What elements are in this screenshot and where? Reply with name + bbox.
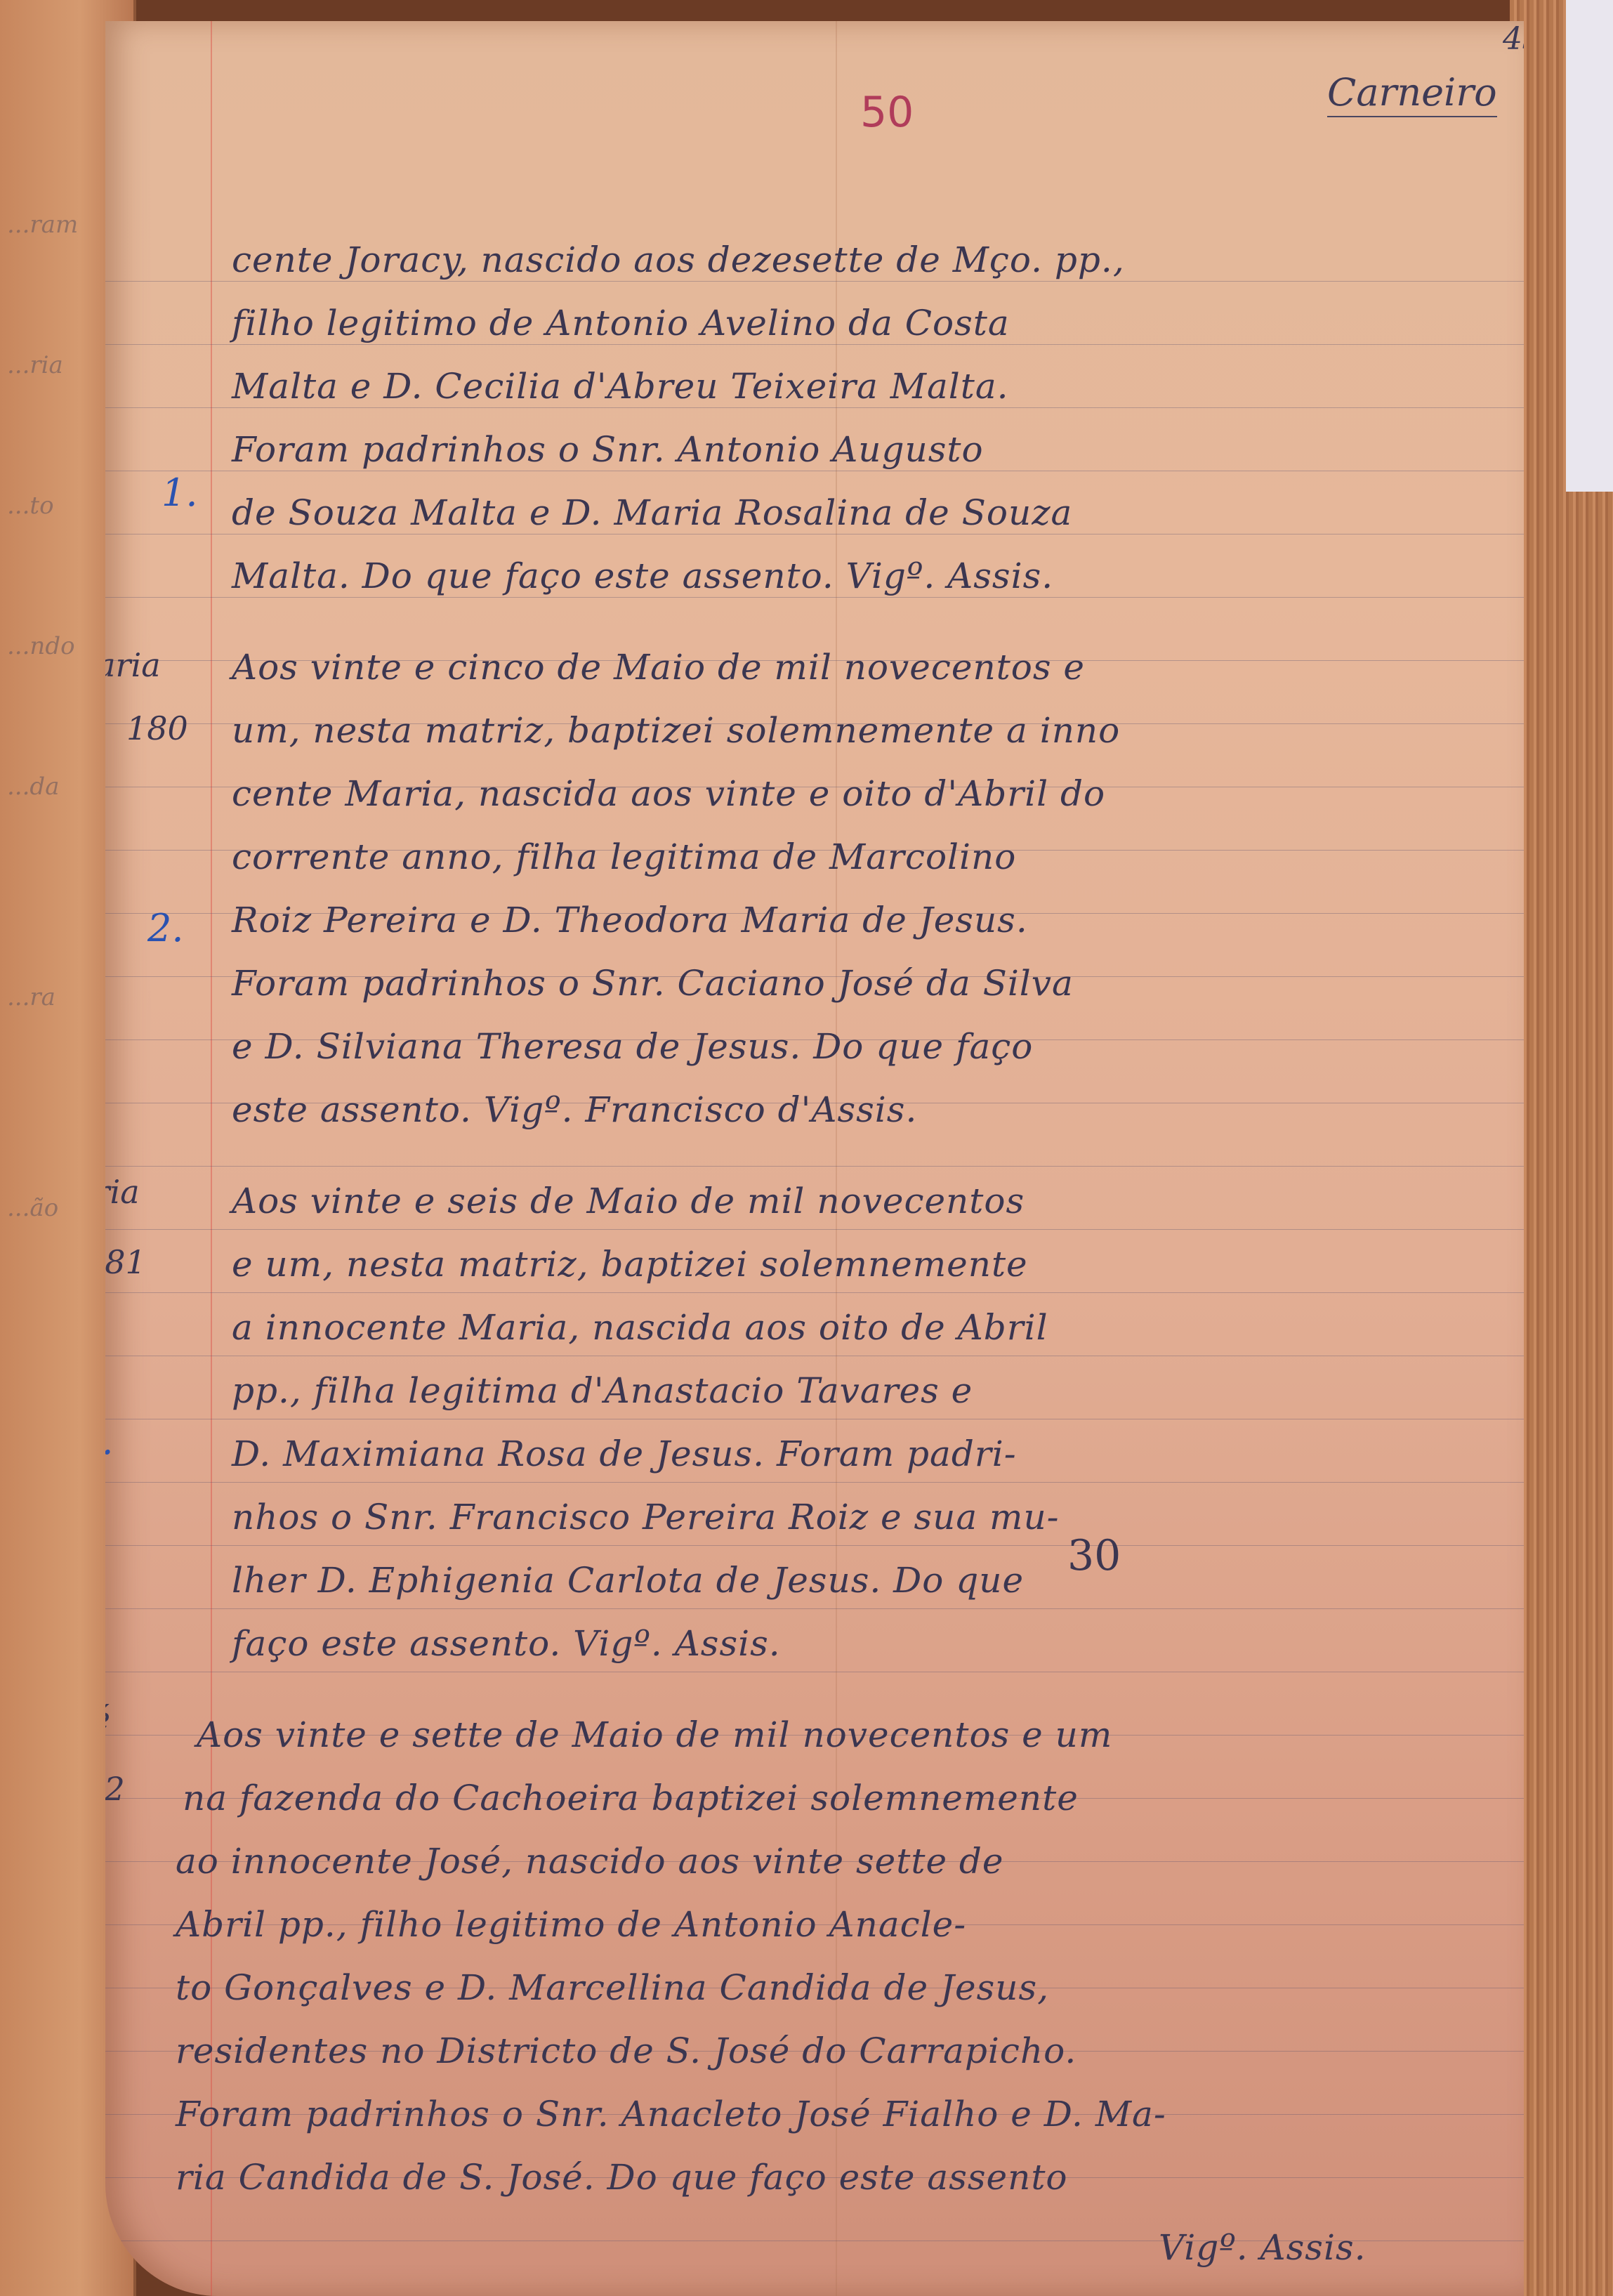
- register-page: 43 Carneiro 50 1. cente Joracy, nascido …: [105, 21, 1524, 2296]
- entry-line: Foram padrinhos o Snr. Antonio Augusto: [232, 414, 1496, 485]
- entry-line: lher D. Ephigenia Carlota de Jesus. Do q…: [232, 1545, 1496, 1615]
- entry-line: Foram padrinhos o Snr. Caciano José da S…: [232, 948, 1496, 1018]
- entry-line: cente Maria, nascida aos vinte e oito d'…: [232, 759, 1496, 829]
- folio-number: 43: [1503, 21, 1524, 57]
- margin-mark: 2.: [105, 1419, 114, 1463]
- red-page-number: 50: [860, 88, 914, 137]
- entry-line: Aos vinte e seis de Maio de mil novecent…: [232, 1166, 1496, 1236]
- entry-line: de Souza Malta e D. Maria Rosalina de So…: [232, 478, 1496, 548]
- left-page-fragment: ...ria: [7, 351, 63, 379]
- entry-line: na fazenda do Cachoeira baptizei solemne…: [183, 1763, 1496, 1833]
- stray-pencil-number: 30: [1067, 1531, 1121, 1580]
- left-page-fragment: ...ndo: [7, 632, 75, 660]
- entry-line: ria Candida de S. José. Do que faço este…: [176, 2142, 1496, 2212]
- page-header-word: Carneiro: [1327, 70, 1497, 117]
- margin-mark: 2.: [147, 906, 184, 950]
- entry-signature: Vigº. Assis.: [1159, 2212, 1496, 2283]
- margin-number: 182: [105, 1770, 125, 1808]
- entry-line: to Gonçalves e D. Marcellina Candida de …: [176, 1953, 1496, 2023]
- entry-line: Aos vinte e sette de Maio de mil novecen…: [197, 1700, 1496, 1770]
- entry-line: e um, nesta matriz, baptizei solemnement…: [232, 1229, 1496, 1299]
- entry-line: ao innocente José, nascido aos vinte set…: [176, 1826, 1496, 1896]
- entry-line: cente Joracy, nascido aos dezesette de M…: [232, 225, 1496, 295]
- entry-line: Roiz Pereira e D. Theodora Maria de Jesu…: [232, 885, 1496, 955]
- entry-line: Aos vinte e cinco de Maio de mil novecen…: [232, 632, 1496, 702]
- entry-line: um, nesta matriz, baptizei solemnemente …: [232, 695, 1496, 766]
- left-page-fragment: ...to: [7, 492, 54, 520]
- entry-line: residentes no Districto de S. José do Ca…: [176, 2016, 1496, 2086]
- entry-line: este assento. Vigº. Francisco d'Assis.: [232, 1075, 1496, 1145]
- entry-line: nhos o Snr. Francisco Pereira Roiz e sua…: [232, 1482, 1496, 1552]
- margin-name: Maria: [105, 1173, 140, 1211]
- margin-number: 181: [105, 1243, 146, 1281]
- margin-mark: 1.: [162, 471, 198, 515]
- margin-name: José: [105, 1700, 110, 1738]
- entry-line: filho legitimo de Antonio Avelino da Cos…: [232, 288, 1496, 358]
- entry-line: Malta. Do que faço este assento. Vigº. A…: [232, 541, 1496, 611]
- entry-line: Malta e D. Cecilia d'Abreu Teixeira Malt…: [232, 351, 1496, 421]
- margin-number: 180: [126, 709, 188, 747]
- entry-line: a innocente Maria, nascida aos oito de A…: [232, 1292, 1496, 1363]
- entry-line: Abril pp., filho legitimo de Antonio Ana…: [176, 1889, 1496, 1960]
- entry-line: pp., filha legitima d'Anastacio Tavares …: [232, 1356, 1496, 1426]
- entry-line: corrente anno, filha legitima de Marcoli…: [232, 822, 1496, 892]
- entry-line: faço este assento. Vigº. Assis.: [232, 1608, 1496, 1679]
- entry-line: Foram padrinhos o Snr. Anacleto José Fia…: [176, 2079, 1496, 2149]
- entry-line: e D. Silviana Theresa de Jesus. Do que f…: [232, 1011, 1496, 1082]
- left-page-fragment: ...ra: [7, 983, 55, 1011]
- left-page-fragment: ...ão: [7, 1194, 58, 1222]
- left-page-fragment: ...da: [7, 773, 59, 801]
- margin-name: Maria: [105, 646, 161, 684]
- left-page-fragment: ...ram: [7, 211, 78, 239]
- background-paper: [1566, 0, 1613, 492]
- entry-line: D. Maximiana Rosa de Jesus. Foram padri-: [232, 1419, 1496, 1489]
